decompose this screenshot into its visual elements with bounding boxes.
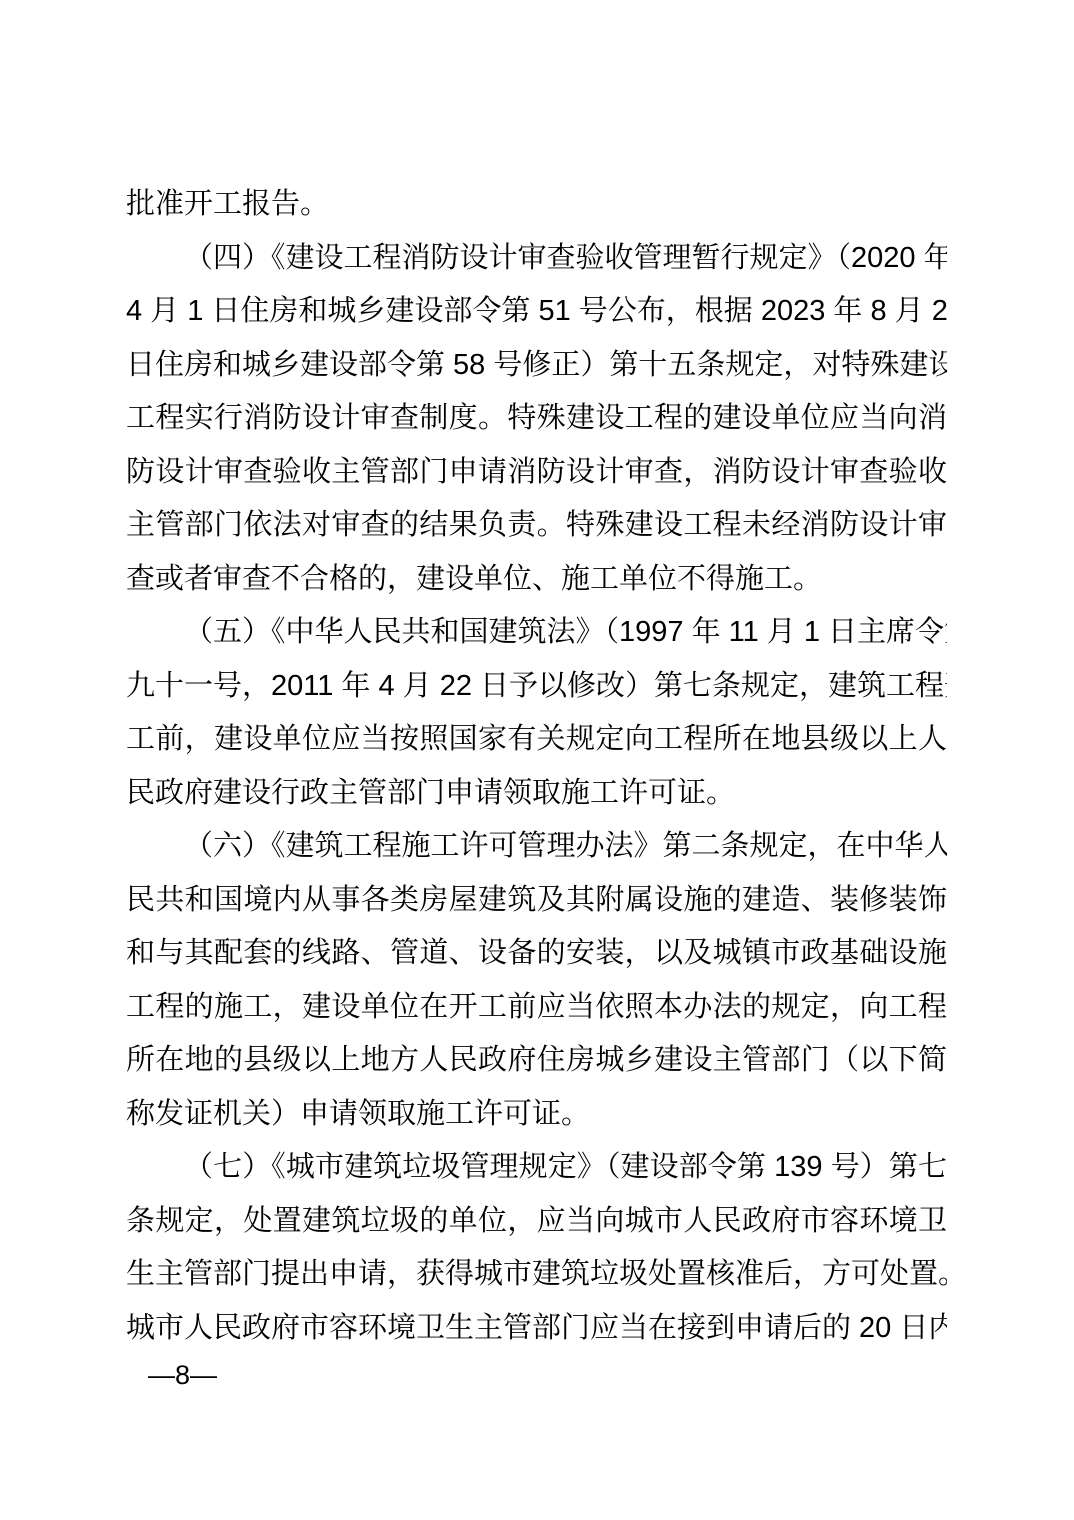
text-line: 工程的施工，建设单位在开工前应当依照本办法的规定，向工程 [126,981,947,1035]
text-line: 工程实行消防设计审查制度。特殊建设工程的建设单位应当向消 [126,392,947,446]
page-number: —8— [148,1360,217,1390]
document-page: 批准开工报告。 （四）《建设工程消防设计审查验收管理暂行规定》（2020 年 4… [0,0,1074,1520]
text-line: 生主管部门提出申请，获得城市建筑垃圾处置核准后，方可处置。 [126,1248,947,1302]
text-line: 城市人民政府市容环境卫生主管部门应当在接到申请后的 20 日内 [126,1302,947,1356]
text-line: 称发证机关）申请领取施工许可证。 [126,1088,947,1142]
text-line: 条规定，处置建筑垃圾的单位，应当向城市人民政府市容环境卫 [126,1195,947,1249]
text-line: 4 月 1 日住房和城乡建设部令第 51 号公布，根据 2023 年 8 月 2… [126,285,947,339]
text-line: 工前，建设单位应当按照国家有关规定向工程所在地县级以上人 [126,713,947,767]
text-line: 九十一号，2011 年 4 月 22 日予以修改）第七条规定，建筑工程开 [126,660,947,714]
text-line: 主管部门依法对审查的结果负责。特殊建设工程未经消防设计审 [126,499,947,553]
text-line: 查或者审查不合格的，建设单位、施工单位不得施工。 [126,553,947,607]
text-line: 和与其配套的线路、管道、设备的安装，以及城镇市政基础设施 [126,927,947,981]
text-line: （七）《城市建筑垃圾管理规定》（建设部令第 139 号）第七 [126,1141,947,1195]
text-line: 批准开工报告。 [126,178,947,232]
text-line: 所在地的县级以上地方人民政府住房城乡建设主管部门（以下简 [126,1034,947,1088]
text-line: （六）《建筑工程施工许可管理办法》第二条规定，在中华人 [126,820,947,874]
document-body: 批准开工报告。 （四）《建设工程消防设计审查验收管理暂行规定》（2020 年 4… [126,178,947,1355]
text-line: （四）《建设工程消防设计审查验收管理暂行规定》（2020 年 [126,232,947,286]
text-line: （五）《中华人民共和国建筑法》（1997 年 11 月 1 日主席令第 [126,606,947,660]
text-line: 民共和国境内从事各类房屋建筑及其附属设施的建造、装修装饰 [126,874,947,928]
text-line: 防设计审查验收主管部门申请消防设计审查，消防设计审查验收 [126,446,947,500]
text-line: 民政府建设行政主管部门申请领取施工许可证。 [126,767,947,821]
text-line: 日住房和城乡建设部令第 58 号修正）第十五条规定，对特殊建设 [126,339,947,393]
